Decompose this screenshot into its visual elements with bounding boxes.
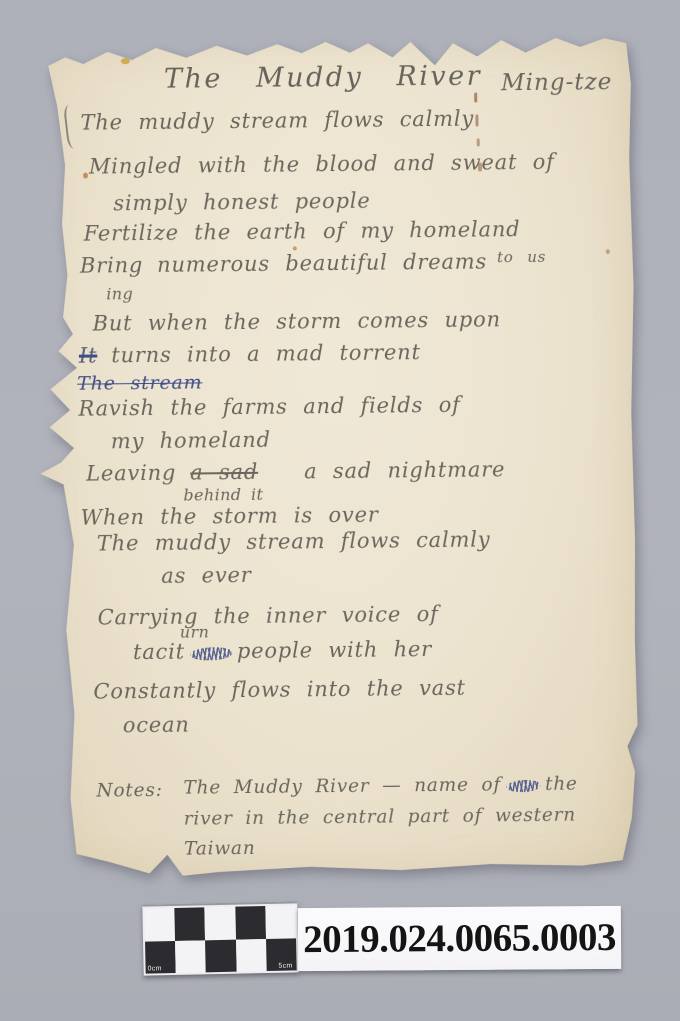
photo-background: The Muddy River Ming-tze The muddy strea… (0, 0, 680, 1021)
poem-text: people with her (237, 637, 432, 663)
poem-line-3: simply honest people (113, 189, 370, 216)
poem-line-16: Constantly flows into the vast (93, 676, 466, 704)
poem-insertion-urn: urn (180, 622, 210, 641)
poem-text: a sad nightmare (304, 457, 505, 483)
manuscript-paper: The Muddy River Ming-tze The muddy strea… (29, 33, 644, 883)
poem-insertion-ing: ing (106, 284, 133, 303)
checker-cell (175, 940, 206, 973)
photo-scale-card: 0cm 5cm (142, 901, 298, 975)
poem-line-2: Mingled with the blood and sweat of (89, 150, 555, 179)
checker-cell (205, 907, 236, 940)
poem-line-6: But when the storm comes upon (92, 307, 501, 335)
poem-word: Leaving (86, 461, 176, 486)
poem-line-10: Leavinga sada sad nightmare (86, 457, 505, 485)
catalog-label: 2019.024.0065.0003 (298, 906, 621, 971)
poem-insertion-behind-it: behind it (183, 485, 263, 505)
catalog-number: 2019.024.0065.0003 (303, 915, 616, 962)
poem-line-5: Bringnumerous beautiful dreamsto us (80, 249, 547, 278)
poem-line-11: When the storm is over (80, 503, 378, 530)
poem-line-14: Carrying the inner voice of (98, 602, 439, 630)
struck-words: a sad (190, 460, 258, 485)
author-signature: Ming-tze (501, 69, 612, 96)
poem-line-4: Fertilize the earth of my homeland (84, 217, 521, 246)
struck-word: It (79, 343, 98, 367)
stain (474, 93, 477, 103)
ink-scribble (506, 780, 540, 792)
stain (475, 114, 478, 126)
notes-text: The Muddy River — name of (183, 774, 501, 798)
checker-cell (144, 908, 175, 941)
poem-word: tacit (133, 640, 185, 665)
poem-line-7: Itturns into a mad torrent (79, 340, 421, 368)
checker-cell (175, 907, 206, 940)
notes-line-1: The Muddy River — name ofthe (183, 773, 578, 798)
paper-sheet: The Muddy River Ming-tze The muddy strea… (29, 33, 644, 883)
poem-line-8: Ravish the farms and fields of (78, 393, 460, 421)
checker-cell (235, 906, 266, 939)
poem-line-13: as ever (161, 563, 252, 588)
stain (478, 162, 482, 171)
poem-text: numerous beautiful dreams (157, 249, 487, 276)
notes-line-2: river in the central part of western (184, 805, 576, 830)
margin-brace-mark (63, 104, 78, 149)
poem-title: The Muddy River (164, 60, 482, 94)
scale-five-label: 5cm (278, 962, 292, 969)
ink-scribble (190, 647, 232, 660)
ink-correction-the-stream: The stream (77, 371, 202, 394)
poem-line-1: The muddy stream flows calmly (80, 107, 474, 135)
stain (83, 173, 88, 179)
poem-line-15: tacitpeople with her (133, 637, 432, 664)
scale-zero-label: 0cm (148, 965, 162, 972)
poem-inserted-tail: to us (497, 248, 546, 267)
checker-cell (205, 939, 236, 972)
stain (606, 249, 610, 254)
checker-cell (265, 905, 296, 938)
stain (121, 58, 130, 64)
stain (477, 138, 480, 146)
poem-line-9: my homeland (111, 428, 271, 454)
scale-checkerboard (144, 905, 296, 973)
poem-text: turns into a mad torrent (111, 340, 421, 367)
poem-word: Bring (80, 253, 143, 278)
checker-cell (236, 939, 267, 972)
ink-word-the: the (545, 773, 578, 794)
poem-line-12: The muddy stream flows calmly (97, 527, 491, 555)
notes-label: Notes: (96, 780, 162, 802)
stain (293, 246, 297, 250)
poem-line-17: ocean (123, 713, 190, 738)
notes-line-3: Taiwan (184, 838, 256, 860)
